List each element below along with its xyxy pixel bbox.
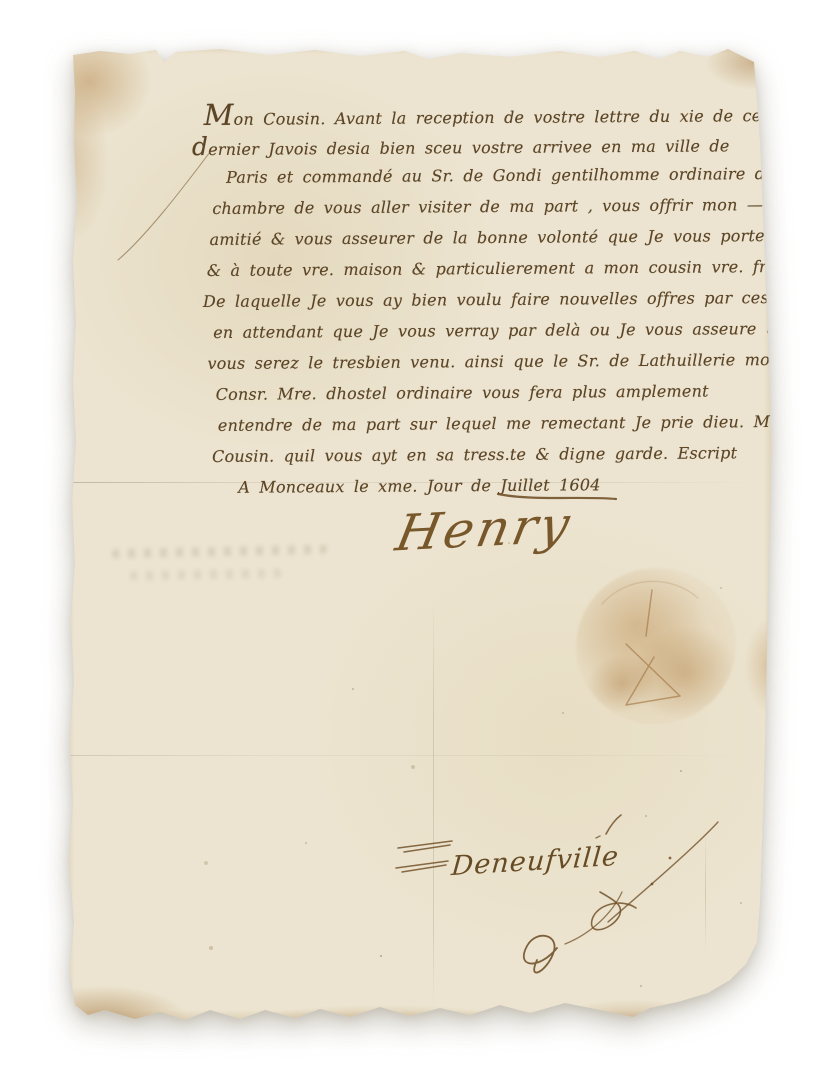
letter-body: Mon Cousin. Avant la reception de vostre…	[204, 96, 782, 503]
horizontal-fold-crease	[70, 755, 750, 756]
letter-line: Paris et commandé au Sr. de Gondi gentil…	[226, 158, 779, 193]
manuscript-letter: Mon Cousin. Avant la reception de vostre…	[60, 42, 776, 1032]
letter-line: entendre de ma part sur lequel me remect…	[218, 406, 781, 441]
letter-line: Mon Cousin. Avant la reception de vostre…	[204, 96, 779, 131]
letter-line: Consr. Mre. dhostel ordinaire vous fera …	[216, 375, 781, 410]
letter-dateline: A Monceaux le xme. Jour de Juillet 1604	[238, 468, 781, 503]
wax-seal-stain	[564, 555, 749, 736]
letter-line: vous serez le tresbien venu. ainsi que l…	[207, 344, 780, 379]
vertical-fold-crease	[705, 832, 706, 952]
signature-henry: Henry	[391, 496, 577, 563]
paper-sheet: Mon Cousin. Avant la reception de vostre…	[60, 42, 776, 1032]
letter-line: en attendant que Je vous verray par delà…	[213, 313, 780, 348]
letter-line: amitié & vous asseurer de la bonne volon…	[209, 220, 779, 255]
letter-line: & à toute vre. maison & particulierement…	[207, 251, 780, 286]
letter-line: dernier Javois desia bien sceu vostre ar…	[192, 127, 779, 162]
letter-line: chambre de vous aller visiter de ma part…	[212, 189, 779, 224]
letter-line: De laquelle Je vous ay bien voulu faire …	[203, 282, 780, 317]
countersignature-deneufville: Deneufville	[450, 841, 620, 882]
foxing-specks	[60, 42, 62, 44]
vertical-fold-crease	[433, 592, 434, 1007]
letter-line: Cousin. quil vous ayt en sa tress.te & d…	[212, 437, 781, 472]
show-through-writing	[112, 545, 327, 559]
show-through-writing	[130, 569, 290, 581]
